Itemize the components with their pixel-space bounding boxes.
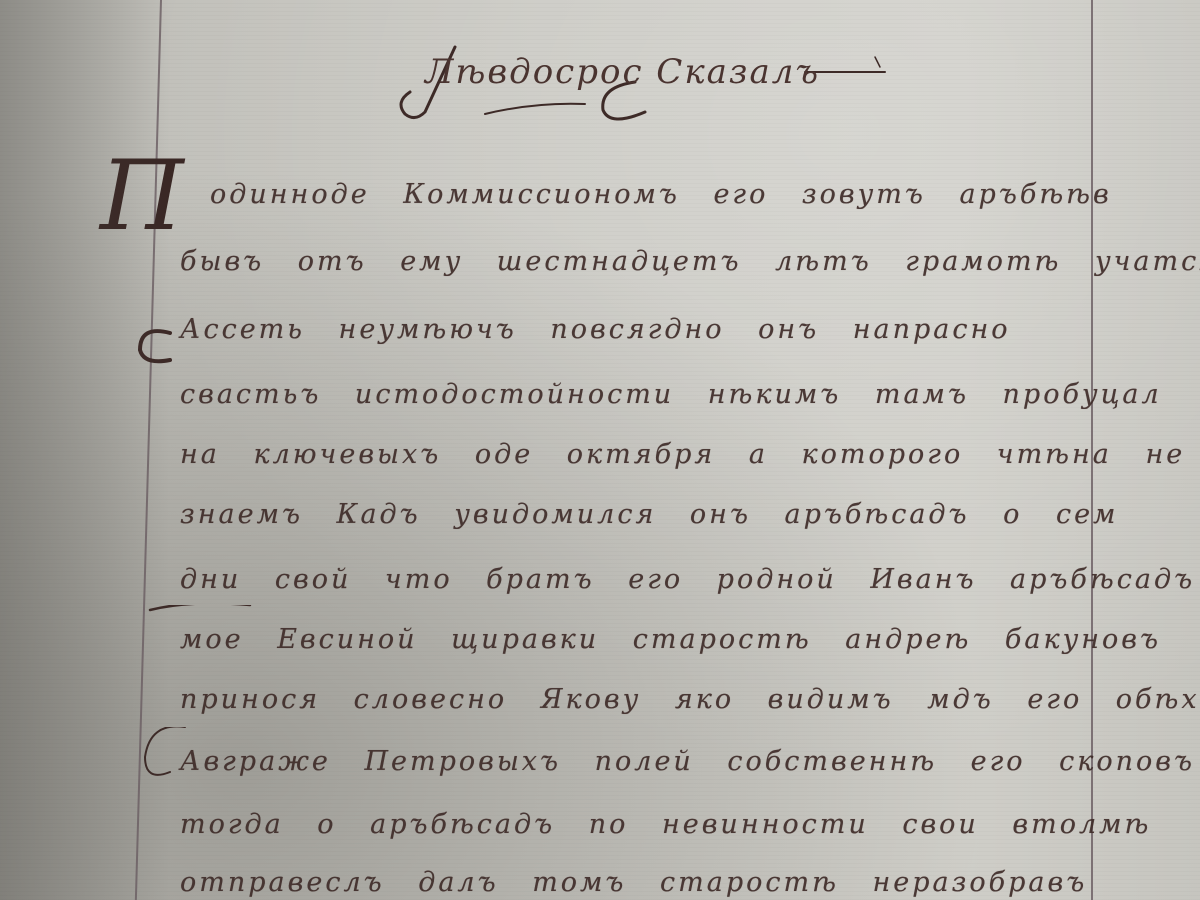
line-text: бывъ отъ ему шестнадцетъ лѣтъ грамотѣ уч… <box>180 246 1200 277</box>
manuscript-line: Авграже Петровыхъ полей собственнѣ его с… <box>130 727 1130 787</box>
line-text: принося словесно Якову яко видимъ мдъ ег… <box>180 684 1200 715</box>
manuscript-line: Ассеть неумѣючъ повсягдно онъ напрасно <box>130 295 1130 355</box>
manuscript-line: принося словесно Якову яко видимъ мдъ ег… <box>130 665 1130 725</box>
manuscript-line: тогда о аръбѣсадъ по невинности свои вто… <box>130 790 1130 850</box>
line-text: отправеслъ далъ томъ старостѣ неразобрав… <box>180 867 1087 898</box>
manuscript-line: мое Евсиной щиравки старостѣ андреѣ баку… <box>130 605 1130 665</box>
line-text: свастьъ истодостойности нѣкимъ тамъ проб… <box>180 379 1162 410</box>
line-text: Ассеть неумѣючъ повсягдно онъ напрасно <box>180 314 1011 345</box>
manuscript-heading: Лѣвдосрос Сказалъ <box>385 42 905 122</box>
manuscript-line: дни свой что братъ его родной Иванъ аръб… <box>130 545 1130 605</box>
manuscript-line: знаемъ Кадъ увидомился онъ аръбѣсадъ о с… <box>130 480 1130 540</box>
line-text: на ключевыхъ оде октября а которого чтѣн… <box>180 439 1185 470</box>
line-text: тогда о аръбѣсадъ по невинности свои вто… <box>180 809 1151 840</box>
manuscript-line: свастьъ истодостойности нѣкимъ тамъ проб… <box>130 360 1130 420</box>
line-text: одинноде Коммиссиономъ его зовутъ аръбѣѣ… <box>210 179 1112 210</box>
line-text: дни свой что братъ его родной Иванъ аръб… <box>180 564 1195 595</box>
manuscript-page: Лѣвдосрос Сказалъ П одинноде Коммиссионо… <box>0 0 1200 900</box>
manuscript-line: отправеслъ далъ томъ старостѣ неразобрав… <box>130 848 1130 900</box>
line-text: Авграже Петровыхъ полей собственнѣ его с… <box>180 746 1200 777</box>
heading-title: Лѣвдосрос Сказалъ <box>425 52 820 92</box>
manuscript-line: одинноде Коммиссиономъ его зовутъ аръбѣѣ… <box>130 160 1130 220</box>
line-text: знаемъ Кадъ увидомился онъ аръбѣсадъ о с… <box>180 499 1118 530</box>
manuscript-line: бывъ отъ ему шестнадцетъ лѣтъ грамотѣ уч… <box>130 227 1130 287</box>
line-text: мое Евсиной щиравки старостѣ андреѣ баку… <box>180 624 1161 655</box>
manuscript-line: на ключевыхъ оде октября а которого чтѣн… <box>130 420 1130 480</box>
